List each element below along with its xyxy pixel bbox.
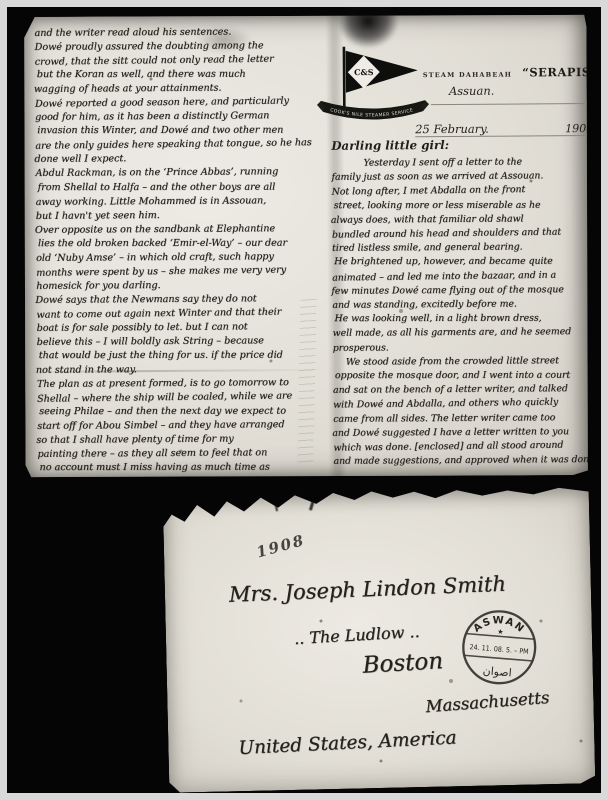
- handwriting-line: Not long after, I met Abdalla on the fro…: [332, 183, 586, 201]
- handwriting-line: from Shellal to Halfa – and the other bo…: [38, 180, 332, 195]
- address-name: Mrs. Joseph Lindon Smith: [229, 572, 507, 607]
- handwriting-line: that would be just the thing for us. if …: [39, 349, 333, 364]
- flag-monogram: C&S: [354, 67, 374, 77]
- pencil-year-note: 1908: [254, 531, 307, 561]
- handwriting-line: few minutes Dowé came flying out of the …: [331, 283, 585, 299]
- handwriting-line: Over opposite us on the sandbank at Elep…: [35, 221, 329, 237]
- postmark-arabic: اصوان: [482, 664, 512, 679]
- handwriting-line: believe this – I will boldly ask String …: [37, 334, 331, 350]
- tear-mark: [274, 501, 278, 511]
- address-country: United States, America: [238, 727, 457, 759]
- letter-spread: and the writer read aloud his sentences.…: [22, 13, 589, 479]
- handwriting-line: opposite the mosque door, and I went int…: [335, 369, 589, 384]
- date-written: 25 February.: [415, 122, 489, 137]
- vessel-name: “SERAPIS”: [522, 65, 598, 80]
- handwriting-line: and made suggestions, and approved when …: [333, 453, 587, 469]
- aswan-postmark: ASWAN ★ 24. 11. 08. 5. – PM اصوان: [457, 605, 541, 689]
- tear-mark: [309, 496, 316, 510]
- letterhead-type-label: STEAM DAHABEAH: [423, 71, 512, 80]
- envelope: 1908 Mrs. Joseph Lindon Smith .. The Lud…: [163, 484, 596, 793]
- handwriting-line: but the Koran as well, and there was muc…: [37, 68, 331, 83]
- letterhead-vessel-line: STEAM DAHABEAH “SERAPIS”: [423, 61, 593, 81]
- year-written: 1908: [565, 122, 593, 135]
- address-city: Boston: [362, 648, 444, 679]
- handwriting-line: seeing Philae – and then the next day we…: [39, 405, 333, 420]
- handwriting-line: and was standing, excitedly before me.: [332, 297, 586, 313]
- postmark-date: 24. 11. 08. 5. – PM: [469, 642, 529, 656]
- handwriting-line: so that I shall have plenty of time for …: [36, 432, 330, 448]
- handwriting-line: street, looking more or less miserable a…: [334, 198, 588, 213]
- postmark-star-icon: ★: [497, 627, 504, 636]
- ink-smudge: [338, 0, 398, 48]
- handwriting-line: He was looking well, in a light brown dr…: [335, 312, 589, 327]
- address-building: .. The Ludlow ..: [293, 622, 420, 648]
- handwriting-line: Abdul Rackman, is on the ‘Prince Abbas’,…: [35, 165, 329, 181]
- handwriting-line: We stood aside from the crowded little s…: [332, 354, 586, 370]
- address-state: Massachusetts: [425, 688, 550, 716]
- handwriting-line: well made, as all his garments are, and …: [333, 325, 587, 341]
- steamer-flag-logo: C&S COOK'S NILE STEAMER SERVICE: [317, 44, 430, 129]
- scanned-letter-photograph: and the writer read aloud his sentences.…: [0, 0, 608, 800]
- letterhead-date-line: 25 February. 1908: [415, 109, 593, 137]
- handwriting-line: done well I expect.: [34, 151, 328, 167]
- handwriting-line: no account must I miss having as much ti…: [40, 461, 334, 476]
- salutation: Darling little girl:: [331, 138, 449, 153]
- ink-smudge-faint: [196, 26, 252, 54]
- paper-specks: [60, 60, 62, 62]
- place-written: Assuan.: [431, 84, 495, 98]
- letter-left-page: and the writer read aloud his sentences.…: [34, 25, 331, 477]
- letterhead-place-line: Assuan.: [431, 79, 593, 105]
- letter-right-page: Yesterday I sent off a letter to thefami…: [331, 155, 587, 469]
- handwriting-line: He brightened up, however, and became qu…: [334, 255, 588, 270]
- handwriting-line: lies the old broken backed ‘Emir-el-Way’…: [38, 236, 332, 251]
- handwriting-line: not stand in the way.: [36, 362, 330, 378]
